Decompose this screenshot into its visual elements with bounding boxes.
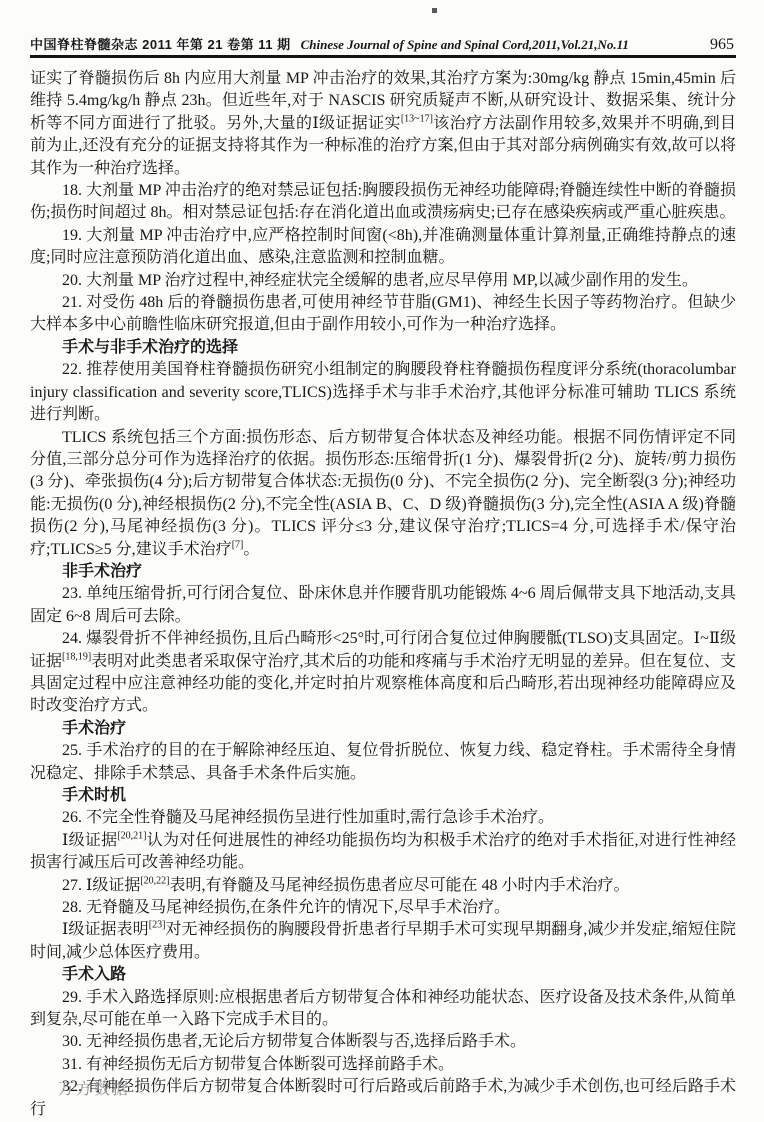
journal-title-en: Chinese Journal of Spine and Spinal Cord… (301, 37, 629, 53)
scan-artifact (432, 8, 437, 13)
journal-title-cn: 中国脊柱脊髓杂志 2011 年第 21 卷第 11 期 (30, 34, 291, 53)
document-body: 证实了脊髓损伤后 8h 内应用大剂量 MP 冲击治疗的效果,其治疗方案为:30m… (30, 68, 736, 1121)
paragraph: 23. 单纯压缩骨折,可行闭合复位、卧床休息并作腰背肌功能锻炼 4~6 周后佩带… (30, 583, 736, 628)
paragraph: 27. Ⅰ级证据[20,22]表明,有脊髓及马尾神经损伤患者应尽可能在 48 小… (30, 875, 736, 897)
section-heading: 手术时机 (30, 785, 736, 807)
citation-ref: [7] (232, 539, 244, 550)
citation-ref: [13~17] (401, 113, 433, 124)
citation-ref: [18,19] (62, 651, 91, 662)
paragraph: 19. 大剂量 MP 冲击治疗中,应严格控制时间窗(<8h),并准确测量体重计算… (30, 225, 736, 270)
section-heading: 手术治疗 (30, 718, 736, 740)
paragraph: Ⅰ级证据表明[23]对无神经损伤的胸腰段骨折患者行早期手术可实现早期翻身,减少并… (30, 919, 736, 964)
header-divider (30, 55, 736, 58)
paragraph: 28. 无脊髓及马尾神经损伤,在条件允许的情况下,尽早手术治疗。 (30, 897, 736, 919)
section-heading: 手术与非手术治疗的选择 (30, 337, 736, 359)
paragraph: 32. 有神经损伤伴后方韧带复合体断裂时可行后路或后前路手术,为减少手术创伤,也… (30, 1076, 736, 1121)
paragraph: 24. 爆裂骨折不伴神经损伤,且后凸畸形<25°时,可行闭合复位过伸胸腰骶(TL… (30, 628, 736, 718)
paragraph: 18. 大剂量 MP 冲击治疗的绝对禁忌证包括:胸腰段损伤无神经功能障碍;脊髓连… (30, 180, 736, 225)
paragraph: Ⅰ级证据[20,21]认为对任何进展性的神经功能损伤均为积极手术治疗的绝对手术指… (30, 830, 736, 875)
citation-ref: [20,22] (140, 875, 169, 886)
paragraph: 21. 对受伤 48h 后的脊髓损伤患者,可使用神经节苷脂(GM1)、神经生长因… (30, 292, 736, 337)
citation-ref: [20,21] (117, 830, 146, 841)
page-number: 965 (710, 36, 736, 54)
paragraph: TLICS 系统包括三个方面:损伤形态、后方韧带复合体状态及神经功能。根据不同伤… (30, 427, 736, 561)
wanfang-watermark: 万方数据 (58, 1076, 130, 1099)
page-header: 中国脊柱脊髓杂志 2011 年第 21 卷第 11 期 Chinese Jour… (30, 34, 736, 54)
document-page: { "page": { "background": "#fcfcfa", "te… (0, 0, 764, 1122)
citation-ref: [23] (149, 920, 166, 931)
paragraph: 30. 无神经损伤患者,无论后方韧带复合体断裂与否,选择后路手术。 (30, 1031, 736, 1053)
paragraph: 25. 手术治疗的目的在于解除神经压迫、复位骨折脱位、恢复力线、稳定脊柱。手术需… (30, 740, 736, 785)
paragraph: 26. 不完全性脊髓及马尾神经损伤呈进行性加重时,需行急诊手术治疗。 (30, 807, 736, 829)
journal-title: 中国脊柱脊髓杂志 2011 年第 21 卷第 11 期 Chinese Jour… (30, 34, 629, 53)
section-heading: 非手术治疗 (30, 561, 736, 583)
paragraph: 证实了脊髓损伤后 8h 内应用大剂量 MP 冲击治疗的效果,其治疗方案为:30m… (30, 68, 736, 180)
paragraph: 31. 有神经损伤无后方韧带复合体断裂可选择前路手术。 (30, 1054, 736, 1076)
paragraph: 22. 推荐使用美国脊柱脊髓损伤研究小组制定的胸腰段脊柱脊髓损伤程度评分系统(t… (30, 359, 736, 426)
paragraph: 20. 大剂量 MP 治疗过程中,神经症状完全缓解的患者,应尽早停用 MP,以减… (30, 270, 736, 292)
section-heading: 手术入路 (30, 964, 736, 986)
paragraph: 29. 手术入路选择原则:应根据患者后方韧带复合体和神经功能状态、医疗设备及技术… (30, 987, 736, 1032)
